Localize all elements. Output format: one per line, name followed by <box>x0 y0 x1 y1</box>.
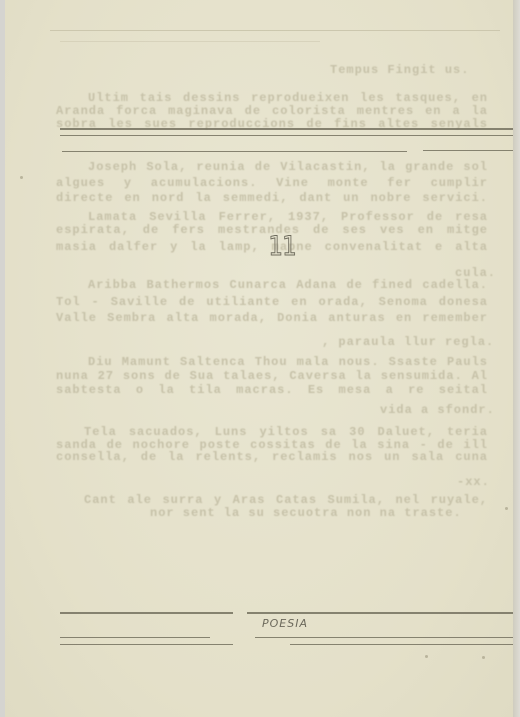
bleed-through-line: Joseph Sola, reunia de Vilacastin, la gr… <box>88 161 488 173</box>
bleed-through-line: algues y acumulacions. Vine monte fer cu… <box>56 177 488 189</box>
bleed-through-heading: Tempus Fingit us. <box>330 64 469 76</box>
bleed-through-line: Lamata Sevilla Ferrer, 1937, Professor d… <box>88 211 488 223</box>
bleed-through-line: consella, de la relents, reclamis nos un… <box>56 451 488 463</box>
paper-speck <box>425 655 428 658</box>
section-rule-bottom <box>255 637 513 638</box>
paper-speck <box>505 507 508 510</box>
header-rule <box>60 135 513 136</box>
bleed-through-line: Ultim tais dessins reprodueixen les tasq… <box>88 92 488 104</box>
paper-speck <box>20 176 23 179</box>
bleed-through-line: cula. <box>455 267 496 279</box>
section-label: POESIA <box>262 618 308 630</box>
header-rule <box>423 150 513 151</box>
bleed-through-line: Aranda forca maginava de colorista mentr… <box>56 105 488 117</box>
bleed-through-line: , paraula llur regla. <box>322 336 494 348</box>
section-rule-bottom <box>290 644 513 645</box>
section-rule-bottom <box>60 644 233 645</box>
header-rule <box>62 151 407 152</box>
bleed-through-line: vida a sfondr. <box>380 404 495 416</box>
bleed-through-line: Aribba Bathermos Cunarca Adana de fined … <box>88 279 488 291</box>
section-rule-top <box>247 612 513 614</box>
faint-top-rule <box>60 41 320 42</box>
bleed-through-line: Cant ale surra y Aras Catas Sumila, nel … <box>84 494 488 506</box>
bleed-through-line: nuna 27 sons de Sua talaes, Caversa la s… <box>56 370 488 382</box>
section-rule-top <box>60 612 233 614</box>
bleed-through-line: sabtesta o la tila macras. Es mesa a re … <box>56 384 488 396</box>
bleed-through-line: nor sent la su secuotra non na traste. <box>150 507 462 519</box>
section-rule-bottom <box>60 637 210 638</box>
bleed-through-line: Diu Mamunt Saltenca Thou mala nous. Ssas… <box>88 356 488 368</box>
faint-top-rule <box>50 30 500 31</box>
scan-right-edge <box>513 0 520 717</box>
bleed-through-line: sanda de nochore poste cossitas de la si… <box>56 439 488 451</box>
bleed-through-line: -xx. <box>457 476 490 488</box>
bleed-through-line: Valle Sembra alta morada, Donia anturas … <box>56 312 488 324</box>
paper-speck <box>482 656 485 659</box>
page-number: 11 <box>268 232 296 262</box>
bleed-through-line: directe en nord la semmedi, dant un nobr… <box>56 192 488 204</box>
header-rule <box>60 128 513 130</box>
bleed-through-line: Tol - Saville de utiliante en orada, Sen… <box>56 296 488 308</box>
bleed-through-line: Tela sacuados, Luns yiltos sa 30 Daluet,… <box>84 426 488 438</box>
